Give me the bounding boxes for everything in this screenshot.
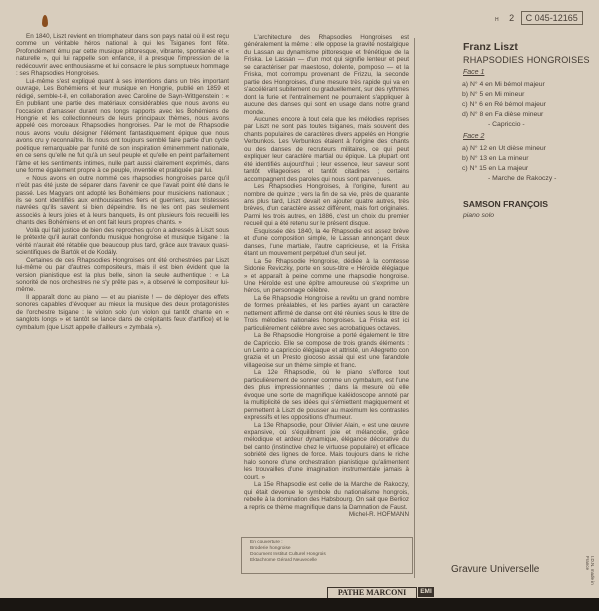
catalog-code: C 045-12165 (521, 11, 583, 25)
track-subtitle: - Marche de Rakoczy - (462, 174, 556, 184)
notes-paragraph: Il apparaît donc au piano — et au pianis… (16, 294, 229, 331)
notes-paragraph: Les Rhapsodies Hongroises, à l'origine, … (244, 183, 409, 228)
notes-paragraph: Voilà qui fait justice de bien des repro… (16, 227, 229, 257)
emi-logo: EMI (418, 587, 434, 597)
track: b) N° 13 en La mineur (462, 154, 556, 164)
liner-notes-left: En 1840, Liszt revient en triomphateur d… (16, 33, 229, 331)
bottom-edge (0, 598, 599, 611)
cover-credits: En couverture : Broderie hongroise Docum… (241, 537, 413, 574)
track: a) N° 4 en Mi bémol majeur (462, 80, 546, 90)
pressing-credit: Gravure Universelle (451, 564, 539, 575)
track: b) N° 5 en Mi mineur (462, 90, 546, 100)
notes-paragraph: Lui-même s'est expliqué quant à ses inte… (16, 78, 229, 175)
track: d) N° 8 en Fa dièse mineur (462, 110, 546, 120)
flame-logo-icon (42, 15, 48, 27)
performer-name: SAMSON FRANÇOIS (463, 199, 548, 209)
composer-name: Franz Liszt (463, 41, 518, 53)
face-1-tracklist: a) N° 4 en Mi bémol majeur b) N° 5 en Mi… (462, 80, 546, 130)
notes-paragraph: La 6e Rhapsodie Hongroise a revêtu un gr… (244, 295, 409, 332)
record-sleeve-back: En 1840, Liszt revient en triomphateur d… (0, 0, 599, 598)
disc-count: 2 (509, 13, 514, 23)
printer-credit: I.D.N. made in France (585, 556, 595, 598)
catalog-prefix: H (495, 17, 499, 23)
face-2-tracklist: a) N° 12 en Ut dièse mineur b) N° 13 en … (462, 144, 556, 184)
notes-paragraph: Aucunes encore à tout cela que les mélod… (244, 116, 409, 183)
notes-paragraph: Esquissée dès 1840, la 4e Rhapsodie est … (244, 228, 409, 258)
track: c) N° 15 en La majeur (462, 164, 556, 174)
notes-paragraph: Certaines de ces Rhapsodies Hongroises o… (16, 257, 229, 294)
notes-paragraph: En 1840, Liszt revient en triomphateur d… (16, 33, 229, 78)
face-2-label: Face 2 (463, 133, 484, 140)
liner-notes-middle: L'architecture des Rhapsodies Hongroises… (244, 34, 409, 518)
album-title: RHAPSODIES HONGROISES (463, 55, 590, 65)
track: c) N° 6 en Ré bémol majeur (462, 100, 546, 110)
notes-paragraph: « Nous avons en outre nommé ces rhapsodi… (16, 175, 229, 227)
face-1-label: Face 1 (463, 69, 484, 76)
notes-paragraph: La 13e Rhapsodie, pour Olivier Alain, « … (244, 422, 409, 482)
notes-paragraph: L'architecture des Rhapsodies Hongroises… (244, 34, 409, 116)
performer-instrument: piano solo (463, 212, 494, 219)
notes-paragraph: La 15e Rhapsodie est celle de la Marche … (244, 481, 409, 511)
notes-signature: Michel-R. HOFMANN (244, 511, 409, 518)
notes-paragraph: La 12e Rhapsodie, où le piano s'efforce … (244, 369, 409, 421)
catalog-number: H 2 C 045-12165 (495, 13, 583, 23)
notes-paragraph: La 5e Rhapsodie Hongroise, dédiée à la c… (244, 258, 409, 295)
notes-paragraph: La 8e Rhapsodie Hongroise a porté égalem… (244, 332, 409, 369)
track: a) N° 12 en Ut dièse mineur (462, 144, 556, 154)
column-divider (414, 38, 415, 578)
track-subtitle: - Capriccio - (462, 120, 546, 130)
